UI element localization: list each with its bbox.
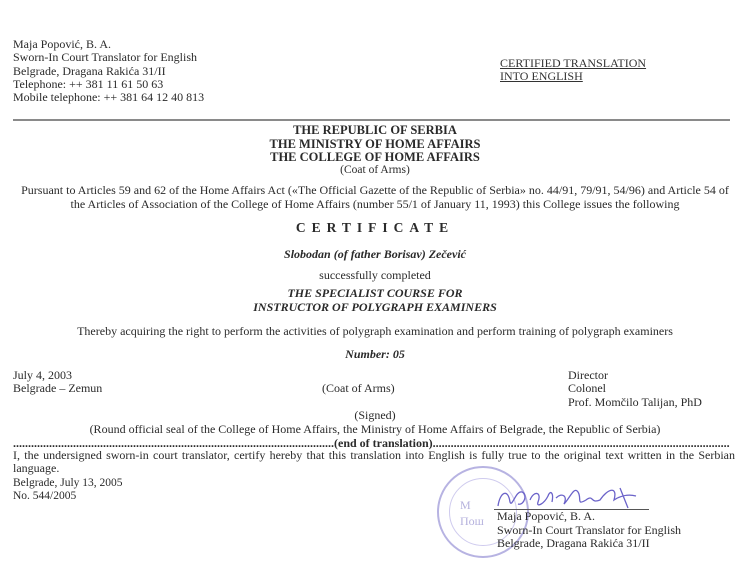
- signature-title: Sworn-In Court Translator for English: [497, 524, 681, 538]
- director-name: Prof. Momčilo Talijan, PhD: [568, 396, 702, 409]
- course-line1: THE SPECIALIST COURSE FOR: [0, 287, 750, 301]
- certification-date: Belgrade, July 13, 2005: [13, 477, 123, 490]
- course-name: THE SPECIALIST COURSE FOR INSTRUCTOR OF …: [0, 287, 750, 314]
- authority-college: THE COLLEGE OF HOME AFFAIRS: [0, 151, 750, 165]
- certification-number: No. 544/2005: [13, 490, 123, 503]
- coat-of-arms-note-2: (Coat of Arms): [322, 381, 395, 396]
- issue-date-place: July 4, 2003 Belgrade – Zemun: [13, 369, 102, 395]
- certification-place-date: Belgrade, July 13, 2005 No. 544/2005: [13, 477, 123, 503]
- completed-text: successfully completed: [0, 268, 750, 283]
- certificate-number: Number: 05: [0, 347, 750, 362]
- header-divider: [13, 119, 730, 121]
- certification-line1: I, the undersigned sworn-in court transl…: [13, 449, 735, 462]
- signature-name: Maja Popović, B. A.: [497, 510, 681, 524]
- pursuant-paragraph: Pursuant to Articles 59 and 62 of the Ho…: [0, 183, 750, 211]
- translator-name: Maja Popović, B. A.: [13, 38, 204, 51]
- translator-title: Sworn-In Court Translator for English: [13, 51, 204, 64]
- director-title: Director: [568, 369, 702, 382]
- director-rank: Colonel: [568, 382, 702, 395]
- translator-signature-block: Maja Popović, B. A. Sworn-In Court Trans…: [497, 510, 681, 551]
- course-line2: INSTRUCTOR OF POLYGRAPH EXAMINERS: [0, 301, 750, 315]
- recipient-name: Slobodan (of father Borisav) Zečević: [0, 247, 750, 262]
- pursuant-line1: Pursuant to Articles 59 and 62 of the Ho…: [0, 183, 750, 197]
- signed-note: (Signed): [0, 408, 750, 423]
- translator-mobile: Mobile telephone: ++ 381 64 12 40 813: [13, 91, 204, 104]
- certified-translation-label: CERTIFIED TRANSLATION INTO ENGLISH: [500, 57, 646, 83]
- authority-ministry: THE MINISTRY OF HOME AFFAIRS: [0, 138, 750, 152]
- issuing-authority: THE REPUBLIC OF SERBIA THE MINISTRY OF H…: [0, 124, 750, 165]
- issue-place: Belgrade – Zemun: [13, 382, 102, 395]
- director-block: Director Colonel Prof. Momčilo Talijan, …: [568, 369, 702, 409]
- certification-line2: language.: [13, 462, 735, 475]
- translator-certification: I, the undersigned sworn-in court transl…: [13, 449, 735, 475]
- seal-note: (Round official seal of the College of H…: [0, 422, 750, 437]
- signature-address: Belgrade, Dragana Rakića 31/II: [497, 537, 681, 551]
- translator-header: Maja Popović, B. A. Sworn-In Court Trans…: [13, 38, 204, 104]
- certificate-title: CERTIFICATE: [0, 220, 750, 236]
- translator-telephone: Telephone: ++ 381 11 61 50 63: [13, 78, 204, 91]
- coat-of-arms-note: (Coat of Arms): [0, 164, 750, 176]
- authority-republic: THE REPUBLIC OF SERBIA: [0, 124, 750, 138]
- stamp-text-line2: Пош: [460, 513, 484, 529]
- pursuant-line2: the Articles of Association of the Colle…: [0, 197, 750, 211]
- rights-statement: Thereby acquiring the right to perform t…: [0, 324, 750, 339]
- certified-label-line2: INTO ENGLISH: [500, 70, 646, 83]
- translator-address: Belgrade, Dragana Rakića 31/II: [13, 65, 204, 78]
